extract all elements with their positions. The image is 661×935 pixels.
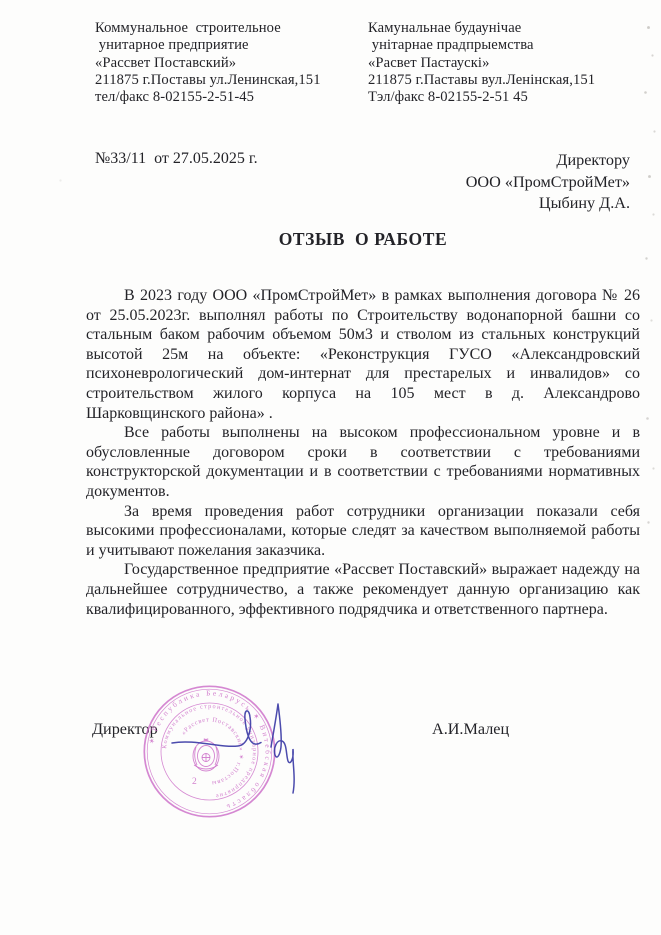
scanned-letter-page: Коммунальное строительное унитарное пред… — [0, 0, 661, 935]
document-title: ОТЗЫВ О РАБОТЕ — [86, 229, 640, 250]
paragraph-recommendation: Государственное предприятие «Рассвет Пос… — [86, 560, 640, 619]
letterhead-russian: Коммунальное строительное унитарное пред… — [95, 20, 365, 106]
letterhead-line: Камунальнае будаунічае — [368, 20, 643, 37]
addressee-line: ООО «ПромСтройМет» — [466, 172, 630, 194]
handwritten-signature — [160, 695, 310, 805]
letterhead-line: 211875 г.Поставы ул.Ленинская,151 — [95, 72, 365, 89]
letterhead-line: Коммунальное строительное — [95, 20, 365, 37]
paragraph-staff: За время проведения работ сотрудники орг… — [86, 502, 640, 561]
letterhead-line: «Рассвет Поставский» — [95, 55, 365, 72]
letterhead-line: Тэл/факс 8-02155-2-51 45 — [368, 89, 643, 106]
reference-number: №33/11 от 27.05.2025 г. — [95, 150, 258, 168]
letterhead-line: унітарнае прадпрыемства — [368, 37, 643, 54]
letterhead-line: унитарное предприятие — [95, 37, 365, 54]
paragraph-quality: Все работы выполнены на высоком професси… — [86, 423, 640, 501]
letterhead-line: тел/факс 8-02155-2-51-45 — [95, 89, 365, 106]
letterhead-line: «Расвет Пастаускі» — [368, 55, 643, 72]
signatory-name: А.И.Малец — [432, 720, 509, 739]
letterhead-belarusian: Камунальнае будаунічае унітарнае прадпры… — [368, 20, 643, 106]
scan-speck-artifacts — [0, 0, 1, 1]
addressee-block: Директору ООО «ПромСтройМет» Цыбину Д.А. — [466, 150, 630, 215]
addressee-line: Директору — [466, 150, 630, 172]
paragraph-contract-works: В 2023 году ООО «ПромСтройМет» в рамках … — [86, 286, 640, 423]
letterhead-line: 211875 г.Паставы вул.Ленінская,151 — [368, 72, 643, 89]
document-body: В 2023 году ООО «ПромСтройМет» в рамках … — [86, 286, 640, 619]
signature-main-stroke — [172, 711, 261, 746]
signature-flourish-stroke — [271, 704, 294, 793]
addressee-line: Цыбину Д.А. — [466, 193, 630, 215]
